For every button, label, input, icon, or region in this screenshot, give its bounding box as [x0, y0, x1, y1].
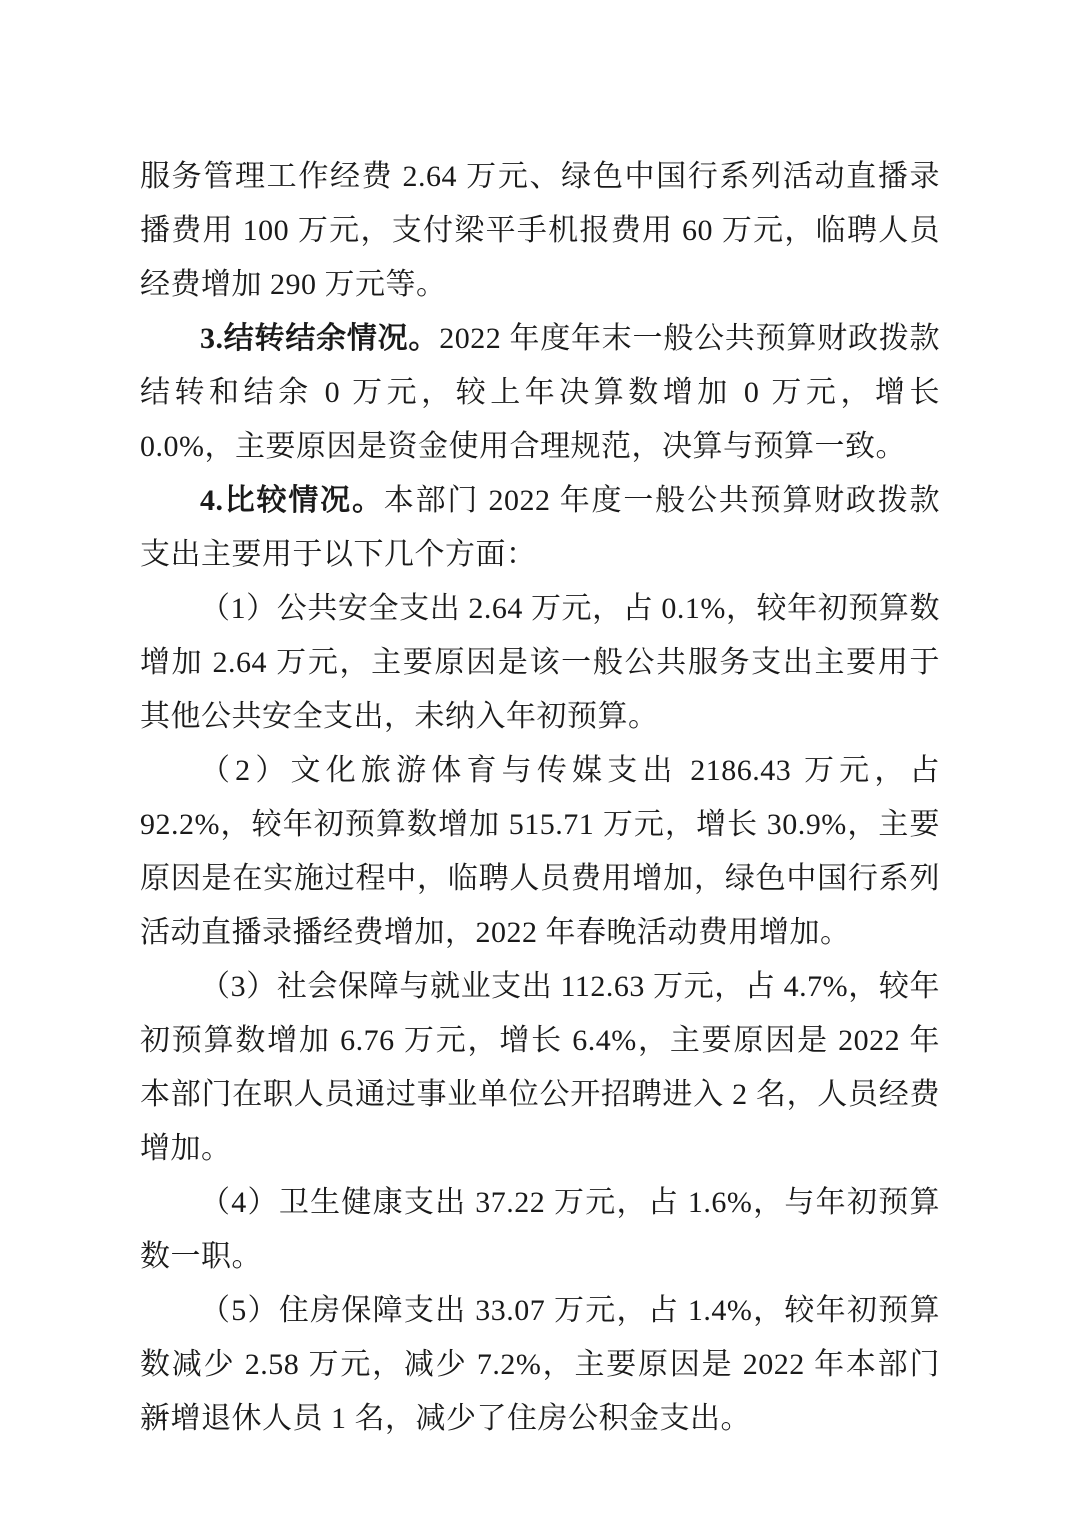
paragraph: （2）文化旅游体育与传媒支出 2186.43 万元，占 92.2%，较年初预算数… [140, 744, 940, 960]
paragraph-heading: 4.比较情况。 [200, 484, 384, 517]
paragraph: （3）社会保障与就业支出 112.63 万元，占 4.7%，较年初预算数增加 6… [140, 960, 940, 1176]
paragraph: （1）公共安全支出 2.64 万元，占 0.1%，较年初预算数增加 2.64 万… [140, 582, 940, 744]
paragraph: （4）卫生健康支出 37.22 万元，占 1.6%，与年初预算数一职。 [140, 1176, 940, 1284]
document-page: 服务管理工作经费 2.64 万元、绿色中国行系列活动直播录播费用 100 万元，… [0, 0, 1074, 1520]
page-number: - 4 - [141, 1404, 183, 1430]
paragraph: 4.比较情况。本部门 2022 年度一般公共预算财政拨款支出主要用于以下几个方面… [140, 474, 940, 582]
document-body: 服务管理工作经费 2.64 万元、绿色中国行系列活动直播录播费用 100 万元，… [140, 150, 940, 1446]
paragraph-heading: 3.结转结余情况。 [200, 322, 439, 355]
paragraph: 服务管理工作经费 2.64 万元、绿色中国行系列活动直播录播费用 100 万元，… [140, 150, 940, 312]
paragraph: 3.结转结余情况。2022 年度年末一般公共预算财政拨款结转和结余 0 万元，较… [140, 312, 940, 474]
paragraph: （5）住房保障支出 33.07 万元，占 1.4%，较年初预算数减少 2.58 … [140, 1284, 940, 1446]
